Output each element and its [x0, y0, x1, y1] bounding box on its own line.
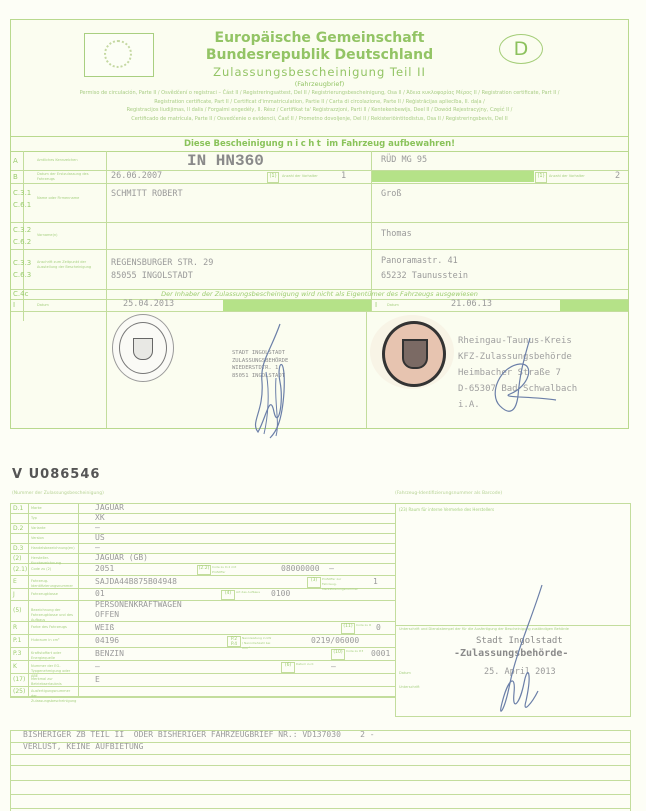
multilingual-line: Certificado de matrícula, Parte II / Osv… — [11, 115, 628, 124]
table-row: RFarbe des FahrzeugsWEIß(11)Code zu R0 — [11, 622, 396, 635]
ingolstadt-seal-icon — [112, 314, 174, 382]
field-code: (17) — [13, 675, 25, 685]
field-code: C.6.1 — [13, 200, 31, 210]
field-code: R — [13, 623, 17, 633]
vehicle-field-value: – — [95, 543, 100, 552]
caption-certificate-number: (Nummer der Zulassungsbescheinigung) — [12, 491, 104, 496]
vehicle-field-value: JAGUAR — [95, 503, 124, 512]
vehicle-field-value: OFFEN — [95, 610, 119, 619]
row-a: A Amtliches Kennzeichen IN HN360 RÜD MG … — [11, 151, 628, 171]
vehicle-field-value: 01 — [95, 589, 105, 598]
box-value: 0100 — [271, 589, 290, 598]
vehicle-field-value: BENZIN — [95, 649, 124, 658]
box-value: 08000000 – — [281, 564, 334, 573]
row-c4c: C.4c Der Inhaber der Zulassungsbescheini… — [11, 290, 628, 300]
field-label: Datum der Erstzulassung des Fahrzeugs — [37, 172, 97, 182]
stamp-line: ZULASSUNGSBEHÖRDE — [232, 358, 288, 366]
vehicle-field-value: 2051 — [95, 564, 114, 573]
stamp-line: Rheingau-Taunus-Kreis — [458, 333, 577, 349]
field-label: Datum — [399, 671, 411, 676]
multilingual-titles: Permiso de circulación, Parte II / Osvěd… — [11, 89, 628, 123]
holder-name-old: SCHMITT ROBERT — [111, 189, 183, 199]
remarks-line — [11, 779, 630, 781]
field-code: C.3.1 — [13, 188, 31, 198]
field-code: (2.1) — [13, 565, 27, 575]
field-label: Ausfertigungsnummer der Zulassungsbesche… — [31, 689, 77, 704]
field-code: (1) — [267, 172, 279, 183]
address-new-street: Panoramastr. 41 — [381, 256, 458, 266]
row-c32: C.3.2 C.6.2 Vorname(n) Thomas — [11, 223, 628, 250]
holder-firstname-new: Thomas — [381, 229, 412, 239]
field-code: E — [13, 577, 17, 587]
field-code: B — [13, 172, 18, 182]
previous-owners-count-2: 2 — [615, 171, 620, 181]
header-line-4: (Fahrzeugbrief) — [11, 80, 628, 88]
field-code: (5) — [13, 606, 22, 616]
field-label: Fahrzeugklasse — [31, 592, 77, 597]
field-label: Merkmal zur Betriebserlaubnis — [31, 677, 77, 687]
vehicle-field-value: US — [95, 533, 105, 542]
box-code: (6) — [281, 662, 295, 673]
table-row: (2.1)Code zu (2)2051(2.2)Code zu D.2 mit… — [11, 564, 396, 576]
field-label: Farbe des Fahrzeugs — [31, 625, 77, 630]
table-row: (25)Ausfertigungsnummer der Zulassungsbe… — [11, 687, 396, 697]
row-i: I Datum 25.04.2013 I Datum 21.06.13 — [11, 300, 628, 312]
green-bar — [560, 300, 628, 311]
field-code: C.6.3 — [13, 270, 31, 280]
box-code: (10) — [331, 649, 345, 660]
table-row: (5)Bezeichnung der Fahrzeugklasse und de… — [11, 601, 396, 622]
address-old-city: 85055 INGOLSTADT — [111, 271, 193, 281]
ownership-notice: Der Inhaber der Zulassungsbescheinigung … — [11, 290, 628, 298]
address-old-street: REGENSBURGER STR. 29 — [111, 258, 213, 268]
box-label: Datum zu K — [296, 662, 326, 667]
green-bar — [223, 300, 371, 311]
vehicle-field-value: SAJDA44B875B04948 — [95, 577, 177, 586]
rheingau-taunus-seal-icon — [370, 315, 454, 389]
field-label: Anzahl der Vorhalter — [282, 174, 318, 179]
address-new-city: 65232 Taunusstein — [381, 271, 468, 281]
box-value: – — [331, 662, 336, 671]
field-code: D.1 — [13, 504, 23, 514]
stamp-line: STADT INGOLSTADT — [232, 350, 288, 358]
stamp-line: Heimbacher Straße 7 — [458, 365, 577, 381]
caption-vin-barcode: (Fahrzeug-Identifizierungsnummer als Bar… — [395, 491, 502, 496]
warning-emphasis: nicht — [287, 139, 324, 149]
table-row: EFahrzeug-IdentifizierungsnummerSAJDA44B… — [11, 576, 396, 589]
stamp-line: D-65307 Bad Schwalbach — [458, 381, 577, 397]
field-label: Amtliches Kennzeichen — [37, 158, 78, 163]
remarks-line — [11, 793, 630, 795]
box-label: Code zu R — [356, 623, 386, 628]
table-row: (17)Merkmal zur BetriebserlaubnisE — [11, 674, 396, 687]
country-code-oval: D — [499, 34, 543, 64]
green-bar — [372, 171, 534, 182]
issue-date-new: 21.06.13 — [451, 299, 492, 309]
field-label: Code zu (2) — [31, 567, 77, 572]
field-label: Hubraum in cm³ — [31, 638, 77, 643]
field-code: C.3.2 — [13, 225, 31, 235]
stamp-line: i.A. — [458, 397, 577, 413]
table-row: VersionUS — [11, 534, 396, 544]
table-row: P.1Hubraum in cm³04196P.2 P.4Nennleistun… — [11, 635, 396, 648]
row-c33: C.3.3 C.6.3 Anschrift zum Zeitpunkt der … — [11, 250, 628, 290]
multilingual-line: Permiso de circulación, Parte II / Osvěd… — [11, 89, 628, 98]
field-code: K — [13, 662, 17, 672]
field-label: Anzahl der Vorhalter — [549, 174, 585, 179]
authority-name: Stadt Ingolstadt — [476, 636, 563, 646]
field-code: D.2 — [13, 524, 23, 534]
warning-prefix: Diese Bescheinigung — [184, 139, 287, 149]
table-row: JFahrzeugklasse01(4)Art des Aufbaus0100 — [11, 589, 396, 601]
field-code: P.1 — [13, 636, 21, 646]
table-row: TypXK — [11, 514, 396, 524]
field-code: (25) — [13, 687, 25, 697]
field-label: Typ — [31, 516, 77, 521]
field-code: P.3 — [13, 649, 21, 659]
registration-certificate-page: Europäische Gemeinschaft Bundesrepublik … — [0, 0, 646, 811]
previous-owners-count: 1 — [341, 171, 346, 181]
field-label: Name oder Firmenname — [37, 196, 79, 201]
box-value: 0219/06000 — [311, 636, 359, 645]
issue-date-old: 25.04.2013 — [123, 299, 174, 309]
field-code: J — [13, 590, 15, 600]
field-label: Datum — [37, 303, 49, 308]
divider — [106, 311, 107, 428]
table-row: D.1MarkeJAGUAR — [11, 504, 396, 514]
vehicle-field-value: – — [95, 662, 100, 671]
box-code: P.2 P.4 — [227, 636, 241, 647]
field-code: I — [375, 300, 377, 310]
field-label: Unterschrift und Dienststempel der für d… — [399, 627, 627, 632]
header-line-3: Zulassungsbescheinigung Teil II — [11, 65, 628, 79]
field-label: Bezeichnung der Fahrzeugklasse und des A… — [31, 608, 77, 623]
authority-box: Unterschrift und Dienststempel der für d… — [395, 624, 631, 717]
divider — [366, 311, 367, 428]
manufacturer-notes-box: (23) Raum für interne Vermerke des Herst… — [395, 503, 631, 626]
remarks-line: VERLUST, KEINE AUFBIETUNG — [11, 743, 630, 755]
stamp-line: 85051 INGOLSTADT — [232, 373, 288, 381]
first-registration-date: 26.06.2007 — [111, 171, 162, 181]
stamp-text-right: Rheingau-Taunus-KreisKFZ-Zulassungsbehör… — [458, 333, 577, 413]
certificate-serial-number: V U086546 — [12, 467, 100, 482]
table-row: D.3Handelsbezeichnung(en)– — [11, 544, 396, 554]
field-label: Unterschrift — [399, 685, 420, 690]
holder-name-new: Groß — [381, 189, 401, 199]
multilingual-line: Registracijos liudijimas, II dalis / For… — [11, 106, 628, 115]
field-code: A — [13, 156, 18, 166]
box-code: (2.2) — [197, 565, 211, 575]
vehicle-field-value: 04196 — [95, 636, 119, 645]
field-code: D.3 — [13, 544, 23, 554]
field-label: Handelsbezeichnung(en) — [31, 546, 77, 551]
remarks-text-2: VERLUST, KEINE AUFBIETUNG — [23, 742, 143, 751]
stamp-text-left: STADT INGOLSTADTZULASSUNGSBEHÖRDEWIEDERS… — [232, 350, 288, 380]
table-row: P.3Kraftstoffart oder EnergiequelleBENZI… — [11, 648, 396, 661]
table-row: D.2Variante– — [11, 524, 396, 534]
field-label: Datum — [387, 303, 399, 308]
box-code: (3) — [307, 577, 321, 588]
certificate-header: Europäische Gemeinschaft Bundesrepublik … — [11, 20, 628, 132]
box-value: 0001 — [371, 649, 390, 658]
warning-banner: Diese Bescheinigung nicht im Fahrzeug au… — [11, 136, 628, 152]
table-row: (2)Hersteller-KurzbezeichnungJAGUAR (GB) — [11, 554, 396, 564]
vehicle-field-value: – — [95, 523, 100, 532]
vehicle-field-value: PERSONENKRAFTWAGEN — [95, 600, 182, 609]
warning-suffix: im Fahrzeug aufbewahren! — [323, 139, 455, 149]
field-label: Variante — [31, 526, 77, 531]
box-value: 0 — [376, 623, 381, 632]
field-label: (23) Raum für interne Vermerke des Herst… — [399, 507, 494, 512]
table-row: KNummer der EG-Typgenehmigung oder ABE–(… — [11, 661, 396, 674]
certificate-lower-section: D.1MarkeJAGUARTypXKD.2Variante–VersionUS… — [10, 503, 629, 811]
license-plate-old: IN HN360 — [187, 152, 264, 170]
field-label: Kraftstoffart oder Energiequelle — [31, 651, 77, 661]
vehicle-field-value: WEIß — [95, 623, 114, 632]
vehicle-field-value: XK — [95, 513, 105, 522]
authority-department: -Zulassungsbehörde- — [454, 648, 568, 659]
box-label: Art des Aufbaus — [236, 590, 266, 595]
box-label: Code zu D.2 mit Prüfziffer — [212, 565, 242, 575]
field-code: (1) — [535, 172, 547, 183]
field-label: Anschrift zum Zeitpunkt der Ausstellung … — [37, 260, 97, 270]
field-code: (2) — [13, 554, 22, 564]
stamp-line: WIEDERSTDTR. 1 — [232, 365, 288, 373]
field-label: Version — [31, 536, 77, 541]
remarks-box: BISHERIGER ZB TEIL II ODER BISHERIGER FA… — [10, 730, 631, 811]
box-code: (4) — [221, 590, 235, 600]
remarks-line — [11, 807, 630, 809]
field-label: Vorname(n) — [37, 233, 58, 238]
license-plate-new: RÜD MG 95 — [381, 155, 427, 165]
row-b: B Datum der Erstzulassung des Fahrzeugs … — [11, 171, 628, 184]
stamp-line: KFZ-Zulassungsbehörde — [458, 349, 577, 365]
field-code: C.3.3 — [13, 258, 31, 268]
field-label: Fahrzeug-Identifizierungsnummer — [31, 579, 77, 589]
vehicle-field-value: E — [95, 675, 100, 684]
box-value: 1 — [373, 577, 378, 586]
vehicle-field-value: JAGUAR (GB) — [95, 553, 148, 562]
box-code: (11) — [341, 623, 355, 634]
row-c31: C.3.1 C.6.1 Name oder Firmenname SCHMITT… — [11, 184, 628, 223]
field-code: C.6.2 — [13, 237, 31, 247]
field-code: I — [13, 300, 15, 310]
authority-date: 25. April 2013 — [484, 667, 556, 677]
remarks-line — [11, 764, 630, 766]
remarks-text-1: BISHERIGER ZB TEIL II ODER BISHERIGER FA… — [23, 730, 375, 739]
vehicle-data-table: D.1MarkeJAGUARTypXKD.2Variante–VersionUS… — [10, 503, 396, 698]
multilingual-line: Registration certificate, Part II / Cert… — [11, 98, 628, 107]
field-label: Marke — [31, 506, 77, 511]
divider — [371, 300, 372, 311]
